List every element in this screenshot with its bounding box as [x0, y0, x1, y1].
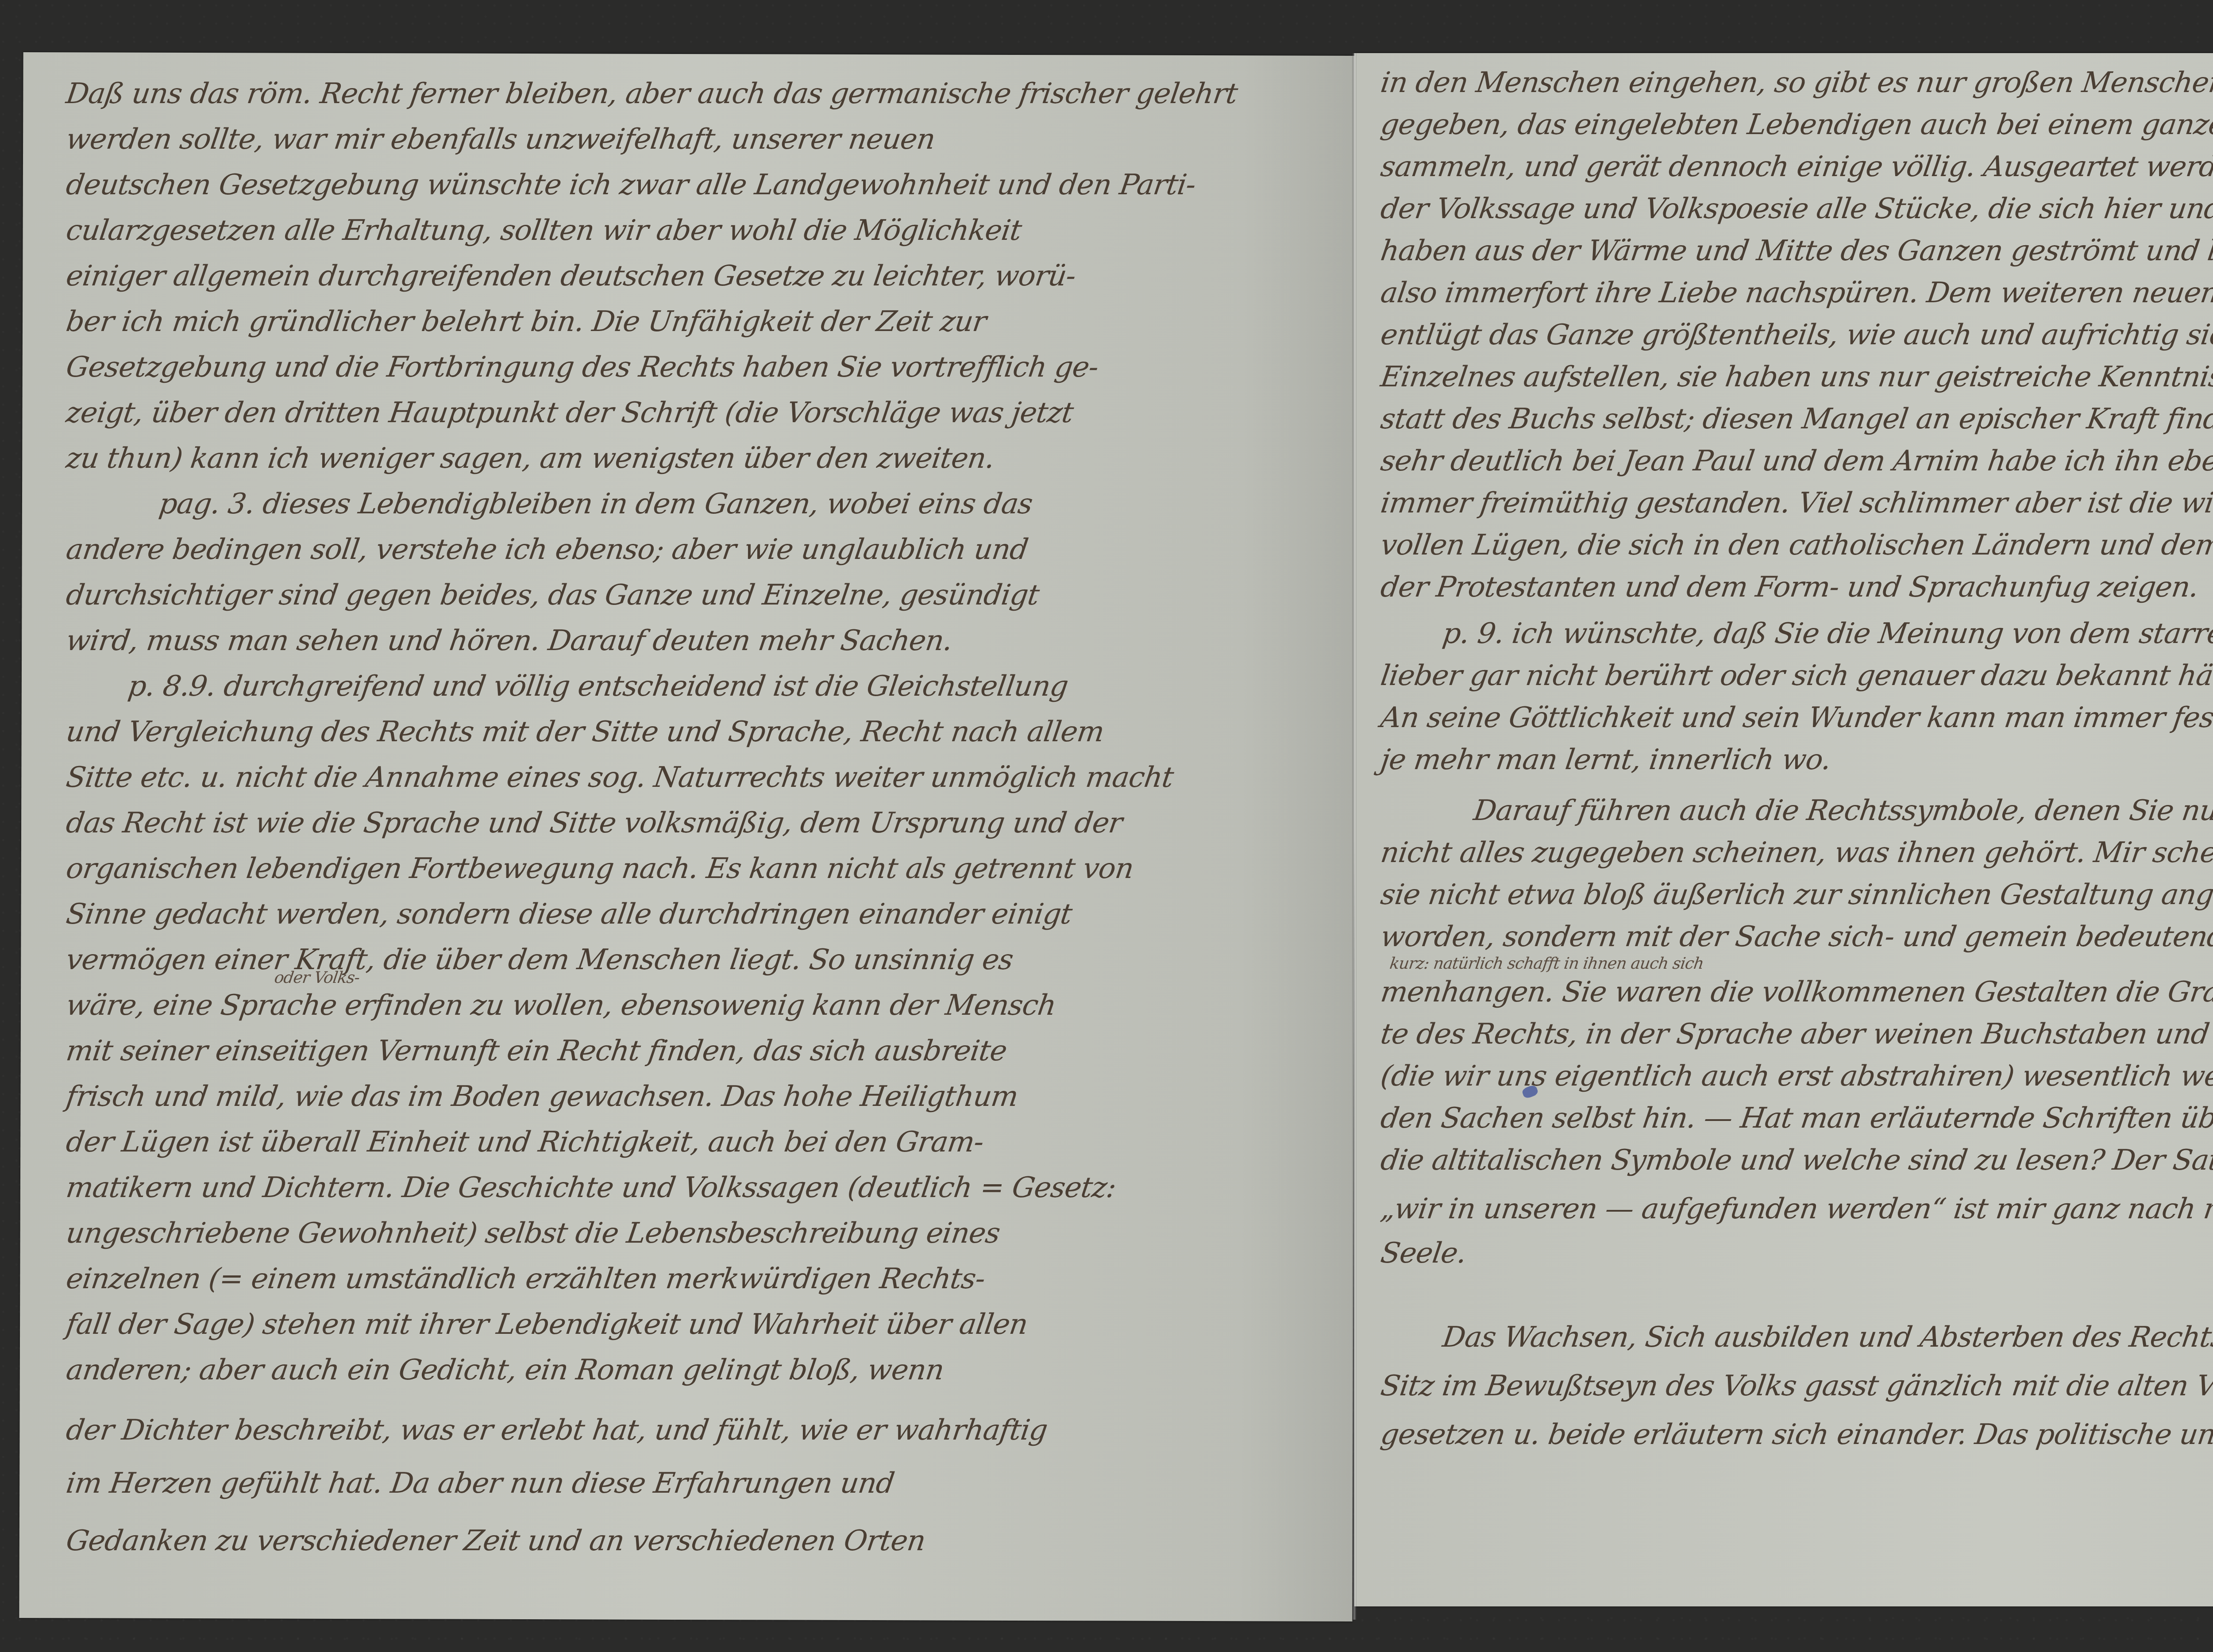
text-line: Seele. [1379, 1239, 1468, 1267]
text-line: sie nicht etwa bloß äußerlich zur sinnli… [1379, 881, 2213, 909]
text-line: und Vergleichung des Rechts mit der Sitt… [65, 718, 1106, 746]
text-line: statt des Buchs selbst; diesen Mangel an… [1379, 405, 2213, 433]
text-line: matikern und Dichtern. Die Geschichte un… [65, 1174, 1118, 1202]
text-line: haben aus der Wärme und Mitte des Ganzen… [1379, 237, 2213, 265]
text-line: zu thun) kann ich weniger sagen, am weni… [65, 444, 996, 473]
page-shadow [1237, 55, 1356, 1621]
text-line: frisch und mild, wie das im Boden gewach… [65, 1082, 1020, 1111]
text-line: Sitz im Bewußtseyn des Volks gasst gänzl… [1379, 1372, 2213, 1400]
text-line: Gedanken zu verschiedener Zeit und an ve… [65, 1527, 927, 1555]
text-line: also immerfort ihre Liebe nachspüren. De… [1379, 279, 2213, 307]
text-line: der Lügen ist überall Einheit und Richti… [65, 1128, 986, 1156]
text-line: gegeben, das eingelebten Lebendigen auch… [1379, 111, 2213, 139]
text-line: zeigt, über den dritten Hauptpunkt der S… [65, 399, 1075, 427]
text-line: wäre, eine Sprache erfinden zu wollen, e… [65, 991, 1058, 1020]
text-line: gesetzen u. beide erläutern sich einande… [1379, 1421, 2213, 1449]
text-line: cularzgesetzen alle Erhaltung, sollten w… [65, 216, 1023, 245]
text-line: „wir in unseren — aufgefunden werden“ is… [1379, 1195, 2213, 1223]
text-line: vermögen einer Kraft, die über dem Mensc… [65, 946, 1015, 974]
text-line: entlügt das Ganze größtentheils, wie auc… [1379, 321, 2213, 349]
text-line: das Recht ist wie die Sprache und Sitte … [65, 809, 1124, 837]
text-line: in den Menschen eingehen, so gibt es nur… [1379, 69, 2213, 97]
text-line: nicht alles zugegeben scheinen, was ihne… [1379, 839, 2213, 867]
text-line: Sitte etc. u. nicht die Annahme eines so… [65, 763, 1175, 792]
text-line: (die wir uns eigentlich auch erst abstra… [1379, 1062, 2213, 1090]
text-line: der Dichter beschreibt, was er erlebt ha… [65, 1416, 1049, 1444]
text-line: sehr deutlich bei Jean Paul und dem Arni… [1379, 447, 2213, 475]
text-line: deutschen Gesetzgebung wünschte ich zwar… [65, 171, 1198, 199]
text-line: anderen; aber auch ein Gedicht, ein Roma… [65, 1356, 946, 1384]
text-line: An seine Göttlichkeit und sein Wunder ka… [1379, 704, 2213, 732]
text-line: Daß uns das röm. Recht ferner bleiben, a… [65, 80, 1239, 108]
text-line: worden, sondern mit der Sache sich- und … [1379, 923, 2213, 951]
text-line: die altitalischen Symbole und welche sin… [1379, 1146, 2213, 1174]
interlinear-note: oder Volks- [273, 970, 360, 986]
interlinear-note: kurz: natürlich schafft in ihnen auch si… [1388, 956, 1704, 972]
text-line: fall der Sage) stehen mit ihrer Lebendig… [65, 1310, 1029, 1339]
text-line: Darauf führen auch die Rechtssymbole, de… [1472, 797, 2213, 825]
text-line: der Protestanten und dem Form- und Sprac… [1379, 573, 2200, 601]
text-line: einzelnen (= einem umständlich erzählten… [65, 1265, 987, 1293]
text-line: wird, muss man sehen und hören. Darauf d… [65, 627, 954, 655]
text-line: pag. 3. dieses Lebendigbleiben in dem Ga… [158, 490, 1034, 518]
text-line: andere bedingen soll, verstehe ich ebens… [65, 535, 1030, 564]
text-line: Das Wachsen, Sich ausbilden und Absterbe… [1441, 1323, 2213, 1352]
page-fold [1352, 53, 1357, 1620]
text-line: lieber gar nicht berührt oder sich genau… [1379, 662, 2213, 690]
text-line: immer freimüthig gestanden. Viel schlimm… [1379, 489, 2213, 517]
text-line: durchsichtiger sind gegen beides, das Ga… [65, 581, 1041, 609]
text-line: organischen lebendigen Fortbewegung nach… [65, 855, 1135, 883]
text-line: Einzelnes aufstellen, sie haben uns nur … [1379, 363, 2213, 391]
text-line: ungeschriebene Gewohnheit) selbst die Le… [65, 1219, 1002, 1248]
text-line: te des Rechts, in der Sprache aber weine… [1379, 1020, 2213, 1048]
text-line: der Volkssage und Volkspoesie alle Stück… [1379, 195, 2213, 223]
text-line: den Sachen selbst hin. — Hat man erläute… [1379, 1104, 2213, 1132]
text-line: einiger allgemein durchgreifenden deutsc… [65, 262, 1078, 290]
text-line: p. 8.9. durchgreifend und völlig entsche… [127, 672, 1070, 701]
text-line: je mehr man lernt, innerlich wo. [1379, 746, 1833, 774]
text-line: mit seiner einseitigen Vernunft ein Rech… [65, 1037, 1009, 1065]
text-line: ber ich mich gründlicher belehrt bin. Di… [65, 308, 988, 336]
text-line: p. 9. ich wünschte, daß Sie die Meinung … [1441, 620, 2213, 648]
text-line: Sinne gedacht werden, sondern diese alle… [65, 900, 1074, 928]
text-line: menhangen. Sie waren die vollkommenen Ge… [1379, 978, 2213, 1006]
text-line: sammeln, und gerät dennoch einige völlig… [1379, 153, 2213, 181]
text-line: im Herzen gefühlt hat. Da aber nun diese… [65, 1469, 896, 1498]
text-line: Gesetzgebung und die Fortbringung des Re… [65, 353, 1100, 381]
text-line: werden sollte, war mir ebenfalls unzweif… [65, 125, 937, 154]
text-line: vollen Lügen, die sich in den catholisch… [1379, 531, 2213, 559]
